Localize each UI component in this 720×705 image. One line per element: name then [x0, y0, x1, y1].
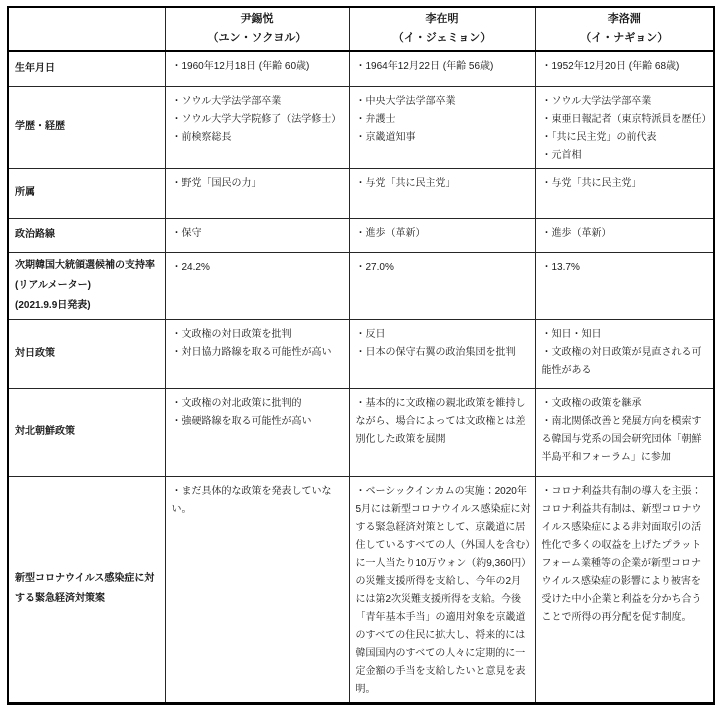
candidate-comparison-table: 尹錫悦（ユン・ソクヨル）李在明（イ・ジェミョン）李洛淵（イ・ナギョン） 生年月日…	[7, 6, 715, 705]
row-label: 所属	[8, 168, 165, 218]
candidate-header-2: 李洛淵（イ・ナギョン）	[535, 7, 714, 51]
cell: ・野党「国民の力」	[165, 168, 349, 218]
table-row: 所属・野党「国民の力」・与党「共に民主党」・与党「共に民主党」	[8, 168, 714, 218]
cell: ・与党「共に民主党」	[535, 168, 714, 218]
cell: ・知日・知日・文政権の対日政策が見直される可能性がある	[535, 319, 714, 388]
cell-item: ・与党「共に民主党」	[356, 175, 531, 193]
document-page: 尹錫悦（ユン・ソクヨル）李在明（イ・ジェミョン）李洛淵（イ・ナギョン） 生年月日…	[0, 0, 720, 670]
cell-item: ・1952年12月20日 (年齢 68歳)	[542, 58, 710, 76]
cell: ・進歩（革新）	[535, 218, 714, 252]
table-body: 生年月日・1960年12月18日 (年齢 60歳)・1964年12月22日 (年…	[8, 51, 714, 703]
cell-item: ・まだ具体的な政策を発表していない。	[172, 483, 345, 519]
row-label: 対北朝鮮政策	[8, 388, 165, 476]
cell-item: ・13.7%	[542, 259, 710, 277]
cell-item: ・ソウル大学法学部卒業	[172, 93, 345, 111]
cell-item: ・文政権の政策を継承	[542, 395, 710, 413]
row-label: 学歴・経歴	[8, 86, 165, 168]
cell-item: ・与党「共に民主党」	[542, 175, 710, 193]
row-label-line: (2021.9.9日発表)	[15, 296, 161, 316]
cell-item: ・京畿道知事	[356, 129, 531, 147]
cell-item: ・文政権の対北政策に批判的	[172, 395, 345, 413]
row-label-line: 生年月日	[15, 59, 161, 79]
table-row: 学歴・経歴・ソウル大学法学部卒業・ソウル大学大学院修了（法学修士）・前検察総長・…	[8, 86, 714, 168]
row-label-line: (リアルメーター)	[15, 276, 161, 296]
row-label: 対日政策	[8, 319, 165, 388]
table-row: 政治路線・保守・進歩（革新）・進歩（革新）	[8, 218, 714, 252]
row-label: 次期韓国大統領選候補の支持率(リアルメーター)(2021.9.9日発表)	[8, 252, 165, 319]
candidate-name: 尹錫悦	[170, 10, 345, 29]
cell-item: ・反日	[356, 326, 531, 344]
cell: ・ソウル大学法学部卒業・ソウル大学大学院修了（法学修士）・前検察総長	[165, 86, 349, 168]
candidate-header-1: 李在明（イ・ジェミョン）	[349, 7, 535, 51]
cell: ・27.0%	[349, 252, 535, 319]
cell: ・進歩（革新）	[349, 218, 535, 252]
row-label-line: 新型コロナウイルス感染症に対する緊急経済対策案	[15, 569, 161, 609]
cell-item: ・進歩（革新）	[542, 225, 710, 243]
cell: ・ベーシックインカムの実施：2020年5月には新型コロナウイルス感染症に対する緊…	[349, 476, 535, 703]
row-label-line: 学歴・経歴	[15, 117, 161, 137]
row-label-line: 所属	[15, 183, 161, 203]
row-label-line: 政治路線	[15, 225, 161, 245]
cell: ・1952年12月20日 (年齢 68歳)	[535, 51, 714, 86]
table-row: 生年月日・1960年12月18日 (年齢 60歳)・1964年12月22日 (年…	[8, 51, 714, 86]
cell-item: ・「共に民主党」の前代表	[542, 129, 710, 147]
cell: ・文政権の政策を継承・南北関係改善と発展方向を模索する韓国与党系の国会研究団体「…	[535, 388, 714, 476]
row-label-line: 対北朝鮮政策	[15, 422, 161, 442]
cell-item: ・文政権の対日政策が見直される可能性がある	[542, 344, 710, 380]
cell-item: ・保守	[172, 225, 345, 243]
table-row: 対北朝鮮政策・文政権の対北政策に批判的・強硬路線を取る可能性が高い・基本的に文政…	[8, 388, 714, 476]
row-label: 生年月日	[8, 51, 165, 86]
table-row: 次期韓国大統領選候補の支持率(リアルメーター)(2021.9.9日発表)・24.…	[8, 252, 714, 319]
cell-item: ・ソウル大学法学部卒業	[542, 93, 710, 111]
cell-item: ・弁護士	[356, 111, 531, 129]
cell-item: ・野党「国民の力」	[172, 175, 345, 193]
cell-item: ・南北関係改善と発展方向を模索する韓国与党系の国会研究団体「朝鮮半島平和フォーラ…	[542, 413, 710, 467]
candidate-name: 李在明	[354, 10, 531, 29]
row-label: 政治路線	[8, 218, 165, 252]
cell-item: ・基本的に文政権の親北政策を維持しながら、場合によっては文政権とは差別化した政策…	[356, 395, 531, 449]
candidate-header-0: 尹錫悦（ユン・ソクヨル）	[165, 7, 349, 51]
table-row: 対日政策・文政権の対日政策を批判・対日協力路線を取る可能性が高い・反日・日本の保…	[8, 319, 714, 388]
header-row: 尹錫悦（ユン・ソクヨル）李在明（イ・ジェミョン）李洛淵（イ・ナギョン）	[8, 7, 714, 51]
candidate-reading: （ユン・ソクヨル）	[170, 29, 345, 48]
cell-item: ・コロナ利益共有制の導入を主張：コロナ利益共有制は、新型コロナウイルス感染症によ…	[542, 483, 710, 627]
cell: ・基本的に文政権の親北政策を維持しながら、場合によっては文政権とは差別化した政策…	[349, 388, 535, 476]
cell-item: ・知日・知日	[542, 326, 710, 344]
cell-item: ・日本の保守右翼の政治集団を批判	[356, 344, 531, 362]
cell-item: ・24.2%	[172, 259, 345, 277]
cell: ・コロナ利益共有制の導入を主張：コロナ利益共有制は、新型コロナウイルス感染症によ…	[535, 476, 714, 703]
cell: ・文政権の対日政策を批判・対日協力路線を取る可能性が高い	[165, 319, 349, 388]
cell-item: ・対日協力路線を取る可能性が高い	[172, 344, 345, 362]
cell-item: ・1960年12月18日 (年齢 60歳)	[172, 58, 345, 76]
candidate-name: 李洛淵	[540, 10, 710, 29]
candidate-reading: （イ・ジェミョン）	[354, 29, 531, 48]
cell: ・13.7%	[535, 252, 714, 319]
cell: ・24.2%	[165, 252, 349, 319]
corner-cell	[8, 7, 165, 51]
cell-item: ・27.0%	[356, 259, 531, 277]
cell-item: ・中央大学法学部卒業	[356, 93, 531, 111]
cell: ・中央大学法学部卒業・弁護士・京畿道知事	[349, 86, 535, 168]
cell-item: ・元首相	[542, 147, 710, 165]
table-row: 新型コロナウイルス感染症に対する緊急経済対策案・まだ具体的な政策を発表していない…	[8, 476, 714, 703]
cell-item: ・進歩（革新）	[356, 225, 531, 243]
row-label-line: 対日政策	[15, 344, 161, 364]
row-label: 新型コロナウイルス感染症に対する緊急経済対策案	[8, 476, 165, 703]
cell: ・反日・日本の保守右翼の政治集団を批判	[349, 319, 535, 388]
cell-item: ・ベーシックインカムの実施：2020年5月には新型コロナウイルス感染症に対する緊…	[356, 483, 531, 699]
cell-item: ・ソウル大学大学院修了（法学修士）	[172, 111, 345, 129]
cell: ・与党「共に民主党」	[349, 168, 535, 218]
cell: ・文政権の対北政策に批判的・強硬路線を取る可能性が高い	[165, 388, 349, 476]
table-header: 尹錫悦（ユン・ソクヨル）李在明（イ・ジェミョン）李洛淵（イ・ナギョン）	[8, 7, 714, 51]
candidate-reading: （イ・ナギョン）	[540, 29, 710, 48]
cell: ・ソウル大学法学部卒業・東亜日報記者（東京特派員を歴任）・「共に民主党」の前代表…	[535, 86, 714, 168]
cell-item: ・1964年12月22日 (年齢 56歳)	[356, 58, 531, 76]
cell-item: ・文政権の対日政策を批判	[172, 326, 345, 344]
cell-item: ・東亜日報記者（東京特派員を歴任）	[542, 111, 710, 129]
cell: ・まだ具体的な政策を発表していない。	[165, 476, 349, 703]
cell: ・保守	[165, 218, 349, 252]
cell: ・1960年12月18日 (年齢 60歳)	[165, 51, 349, 86]
row-label-line: 次期韓国大統領選候補の支持率	[15, 256, 161, 276]
cell-item: ・前検察総長	[172, 129, 345, 147]
cell: ・1964年12月22日 (年齢 56歳)	[349, 51, 535, 86]
cell-item: ・強硬路線を取る可能性が高い	[172, 413, 345, 431]
